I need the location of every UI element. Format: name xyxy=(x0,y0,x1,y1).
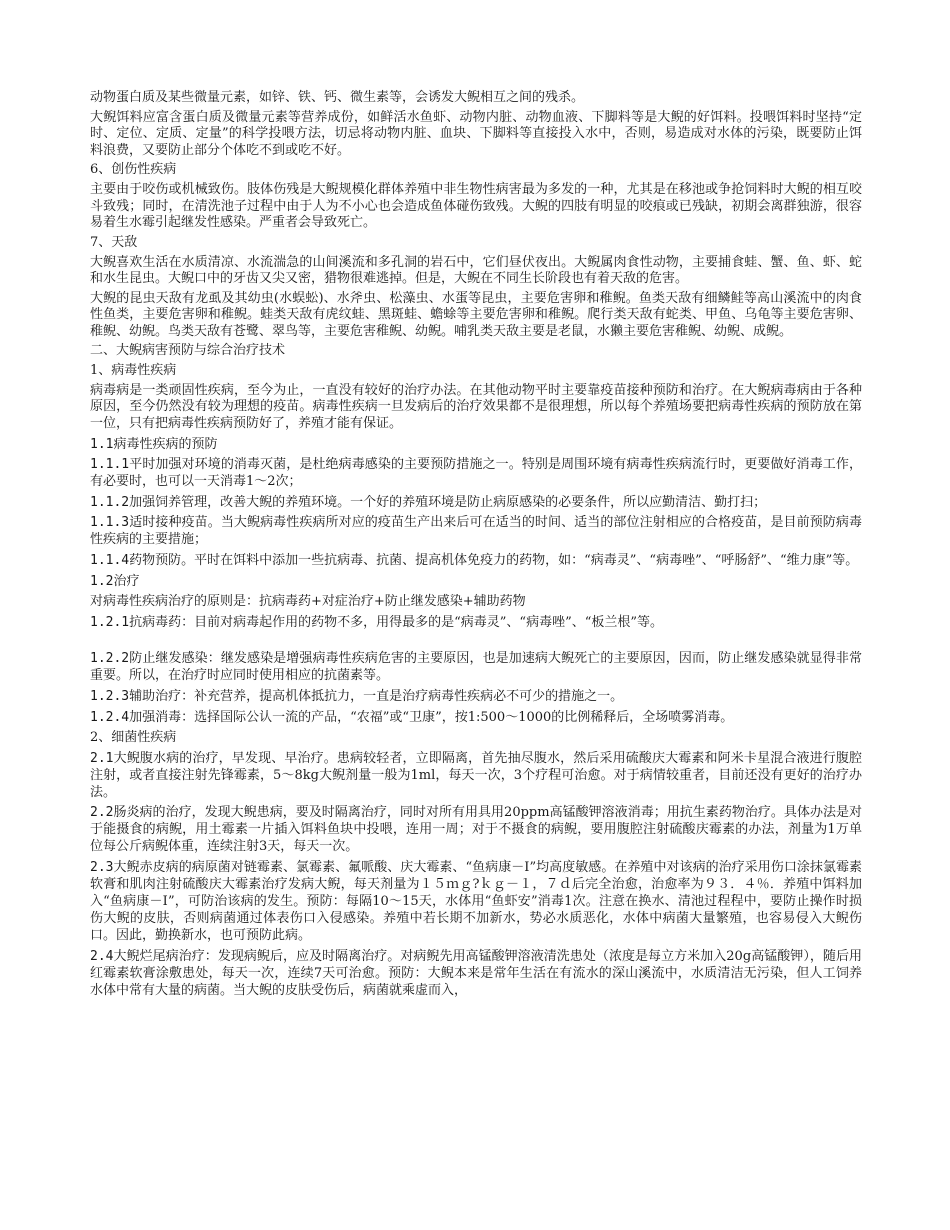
document-page: 动物蛋白质及某些微量元素，如锌、铁、钙、微生素等，会诱发大鲵相互之间的残杀。 大… xyxy=(90,90,862,1002)
item-number: 1.1.1 xyxy=(90,457,129,472)
numbered-heading: 1.2治疗 xyxy=(90,573,862,590)
numbered-paragraph: 1.2.3辅助治疗：补充营养，提高机体抵抗力，一直是治疗病毒性疾病必不可少的措施… xyxy=(90,688,862,705)
section-heading: 6、创伤性疾病 xyxy=(90,162,862,178)
numbered-paragraph: 1.2.2防止继发感染：继发感染是增强病毒性疾病危害的主要原因，也是加速病大鲵死… xyxy=(90,650,862,684)
numbered-paragraph: 2.3大鲵赤皮病的病原菌对链霉素、氯霉素、氟哌酸、庆大霉素、“鱼病康－Ⅰ”均高度… xyxy=(90,859,862,944)
item-text: 防止继发感染：继发感染是增强病毒性疾病危害的主要原因，也是加速病大鲵死亡的主要原… xyxy=(90,651,862,683)
section-top: 动物蛋白质及某些微量元素，如锌、铁、钙、微生素等，会诱发大鲵相互之间的残杀。 大… xyxy=(90,90,862,432)
item-text: 抗病毒药：目前对病毒起作用的药物不多，用得最多的是“病毒灵”、“病毒唑”、“板兰… xyxy=(129,615,663,630)
paragraph: 大鲵喜欢生活在水质清凉、水流湍急的山间溪流和多孔洞的岩石中，它们昼伏夜出。大鲵属… xyxy=(90,255,862,288)
item-number: 1.1.2 xyxy=(90,495,129,510)
item-text: 药物预防。平时在饵料中添加一些抗病毒、抗菌、提高机体免疫力的药物，如：“病毒灵”… xyxy=(129,553,858,568)
item-number: 1.2.4 xyxy=(90,710,129,725)
numbered-paragraph: 1.2.1抗病毒药：目前对病毒起作用的药物不多，用得最多的是“病毒灵”、“病毒唑… xyxy=(90,614,862,631)
item-text: 大鲵烂尾病治疗：发现病鲵后，应及时隔离治疗。对病鲵先用高锰酸钾溶液清洗患处（浓度… xyxy=(90,949,862,998)
item-number: 1.2.3 xyxy=(90,689,129,704)
numbered-paragraph: 1.2.4加强消毒：选择国际公认一流的产品，“农福”或“卫康”，按1:500～1… xyxy=(90,709,862,726)
numbered-paragraph: 2.4大鲵烂尾病治疗：发现病鲵后，应及时隔离治疗。对病鲵先用高锰酸钾溶液清洗患处… xyxy=(90,948,862,999)
numbered-paragraph: 1.1.4药物预防。平时在饵料中添加一些抗病毒、抗菌、提高机体免疫力的药物，如：… xyxy=(90,552,862,569)
numbered-paragraph: 1.1.1平时加强对环境的消毒灭菌，是杜绝病毒感染的主要预防措施之一。特别是周围… xyxy=(90,456,862,490)
chapter-heading: 二、大鲵病害预防与综合治疗技术 xyxy=(90,343,862,359)
item-text: 平时加强对环境的消毒灭菌，是杜绝病毒感染的主要预防措施之一。特别是周围环境有病毒… xyxy=(90,457,862,489)
item-number: 1.1.3 xyxy=(90,515,129,530)
item-number: 2.1 xyxy=(90,751,113,766)
paragraph: 动物蛋白质及某些微量元素，如锌、铁、钙、微生素等，会诱发大鲵相互之间的残杀。 xyxy=(90,90,862,106)
item-number: 1.1.4 xyxy=(90,553,129,568)
item-number: 1.2.2 xyxy=(90,651,129,666)
section-heading: 2、细菌性疾病 xyxy=(90,729,862,746)
item-text: 辅助治疗：补充营养，提高机体抵抗力，一直是治疗病毒性疾病必不可少的措施之一。 xyxy=(129,689,623,704)
numbered-paragraph: 1.1.3适时接种疫苗。当大鲵病毒性疾病所对应的疫苗生产出来后可在适当的时间、适… xyxy=(90,514,862,548)
paragraph: 对病毒性疾病治疗的原则是：抗病毒药+对症治疗+防止继发感染+辅助药物 xyxy=(90,593,862,610)
item-text: 加强饲养管理，改善大鲵的养殖环境。一个好的养殖环境是防止病原感染的必要条件，所以… xyxy=(129,495,766,510)
section-heading: 7、天敌 xyxy=(90,235,862,251)
item-text: 加强消毒：选择国际公认一流的产品，“农福”或“卫康”，按1:500～1000的比… xyxy=(129,710,733,725)
paragraph: 病毒病是一类顽固性疾病，至今为止，一直没有较好的治疗办法。在其他动物平时主要靠疫… xyxy=(90,383,862,432)
item-text: 大鲵赤皮病的病原菌对链霉素、氯霉素、氟哌酸、庆大霉素、“鱼病康－Ⅰ”均高度敏感。… xyxy=(90,860,862,943)
item-number: 1.2.1 xyxy=(90,615,129,630)
item-number: 2.4 xyxy=(90,949,113,964)
item-text: 肠炎病的治疗，发现大鲵患病，要及时隔离治疗，同时对所有用具用20ppm高锰酸钾溶… xyxy=(90,805,862,854)
section-lower: 1.1病毒性疾病的预防 1.1.1平时加强对环境的消毒灭菌，是杜绝病毒感染的主要… xyxy=(90,436,862,999)
numbered-heading: 1.1病毒性疾病的预防 xyxy=(90,436,862,453)
numbered-paragraph: 1.1.2加强饲养管理，改善大鲵的养殖环境。一个好的养殖环境是防止病原感染的必要… xyxy=(90,494,862,511)
paragraph: 大鲵的昆虫天敌有龙虱及其幼虫(水蜈蚣)、水斧虫、松藻虫、水蛋等昆虫，主要危害卵和… xyxy=(90,291,862,340)
blank-line xyxy=(90,634,862,650)
item-text: 病毒性疾病的预防 xyxy=(113,437,217,452)
numbered-paragraph: 2.1大鲵腹水病的治疗，早发现、早治疗。患病较轻者，立即隔离，首先抽尽腹水，然后… xyxy=(90,750,862,801)
section-heading: 1、病毒性疾病 xyxy=(90,363,862,379)
paragraph: 大鲵饵料应富含蛋白质及微量元素等营养成份，如鲜活水鱼虾、动物内脏、动物血液、下脚… xyxy=(90,110,862,159)
item-text: 治疗 xyxy=(113,574,139,589)
paragraph: 主要由于咬伤或机械致伤。肢体伤残是大鲵规模化群体养殖中非生物性病害最为多发的一种… xyxy=(90,182,862,231)
item-text: 适时接种疫苗。当大鲵病毒性疾病所对应的疫苗生产出来后可在适当的时间、适当的部位注… xyxy=(90,515,862,547)
item-text: 大鲵腹水病的治疗，早发现、早治疗。患病较轻者，立即隔离，首先抽尽腹水，然后采用硫… xyxy=(90,751,862,800)
item-number: 1.2 xyxy=(90,574,113,589)
numbered-paragraph: 2.2肠炎病的治疗，发现大鲵患病，要及时隔离治疗，同时对所有用具用20ppm高锰… xyxy=(90,804,862,855)
item-number: 2.3 xyxy=(90,860,113,875)
item-number: 2.2 xyxy=(90,805,113,820)
item-number: 1.1 xyxy=(90,437,113,452)
